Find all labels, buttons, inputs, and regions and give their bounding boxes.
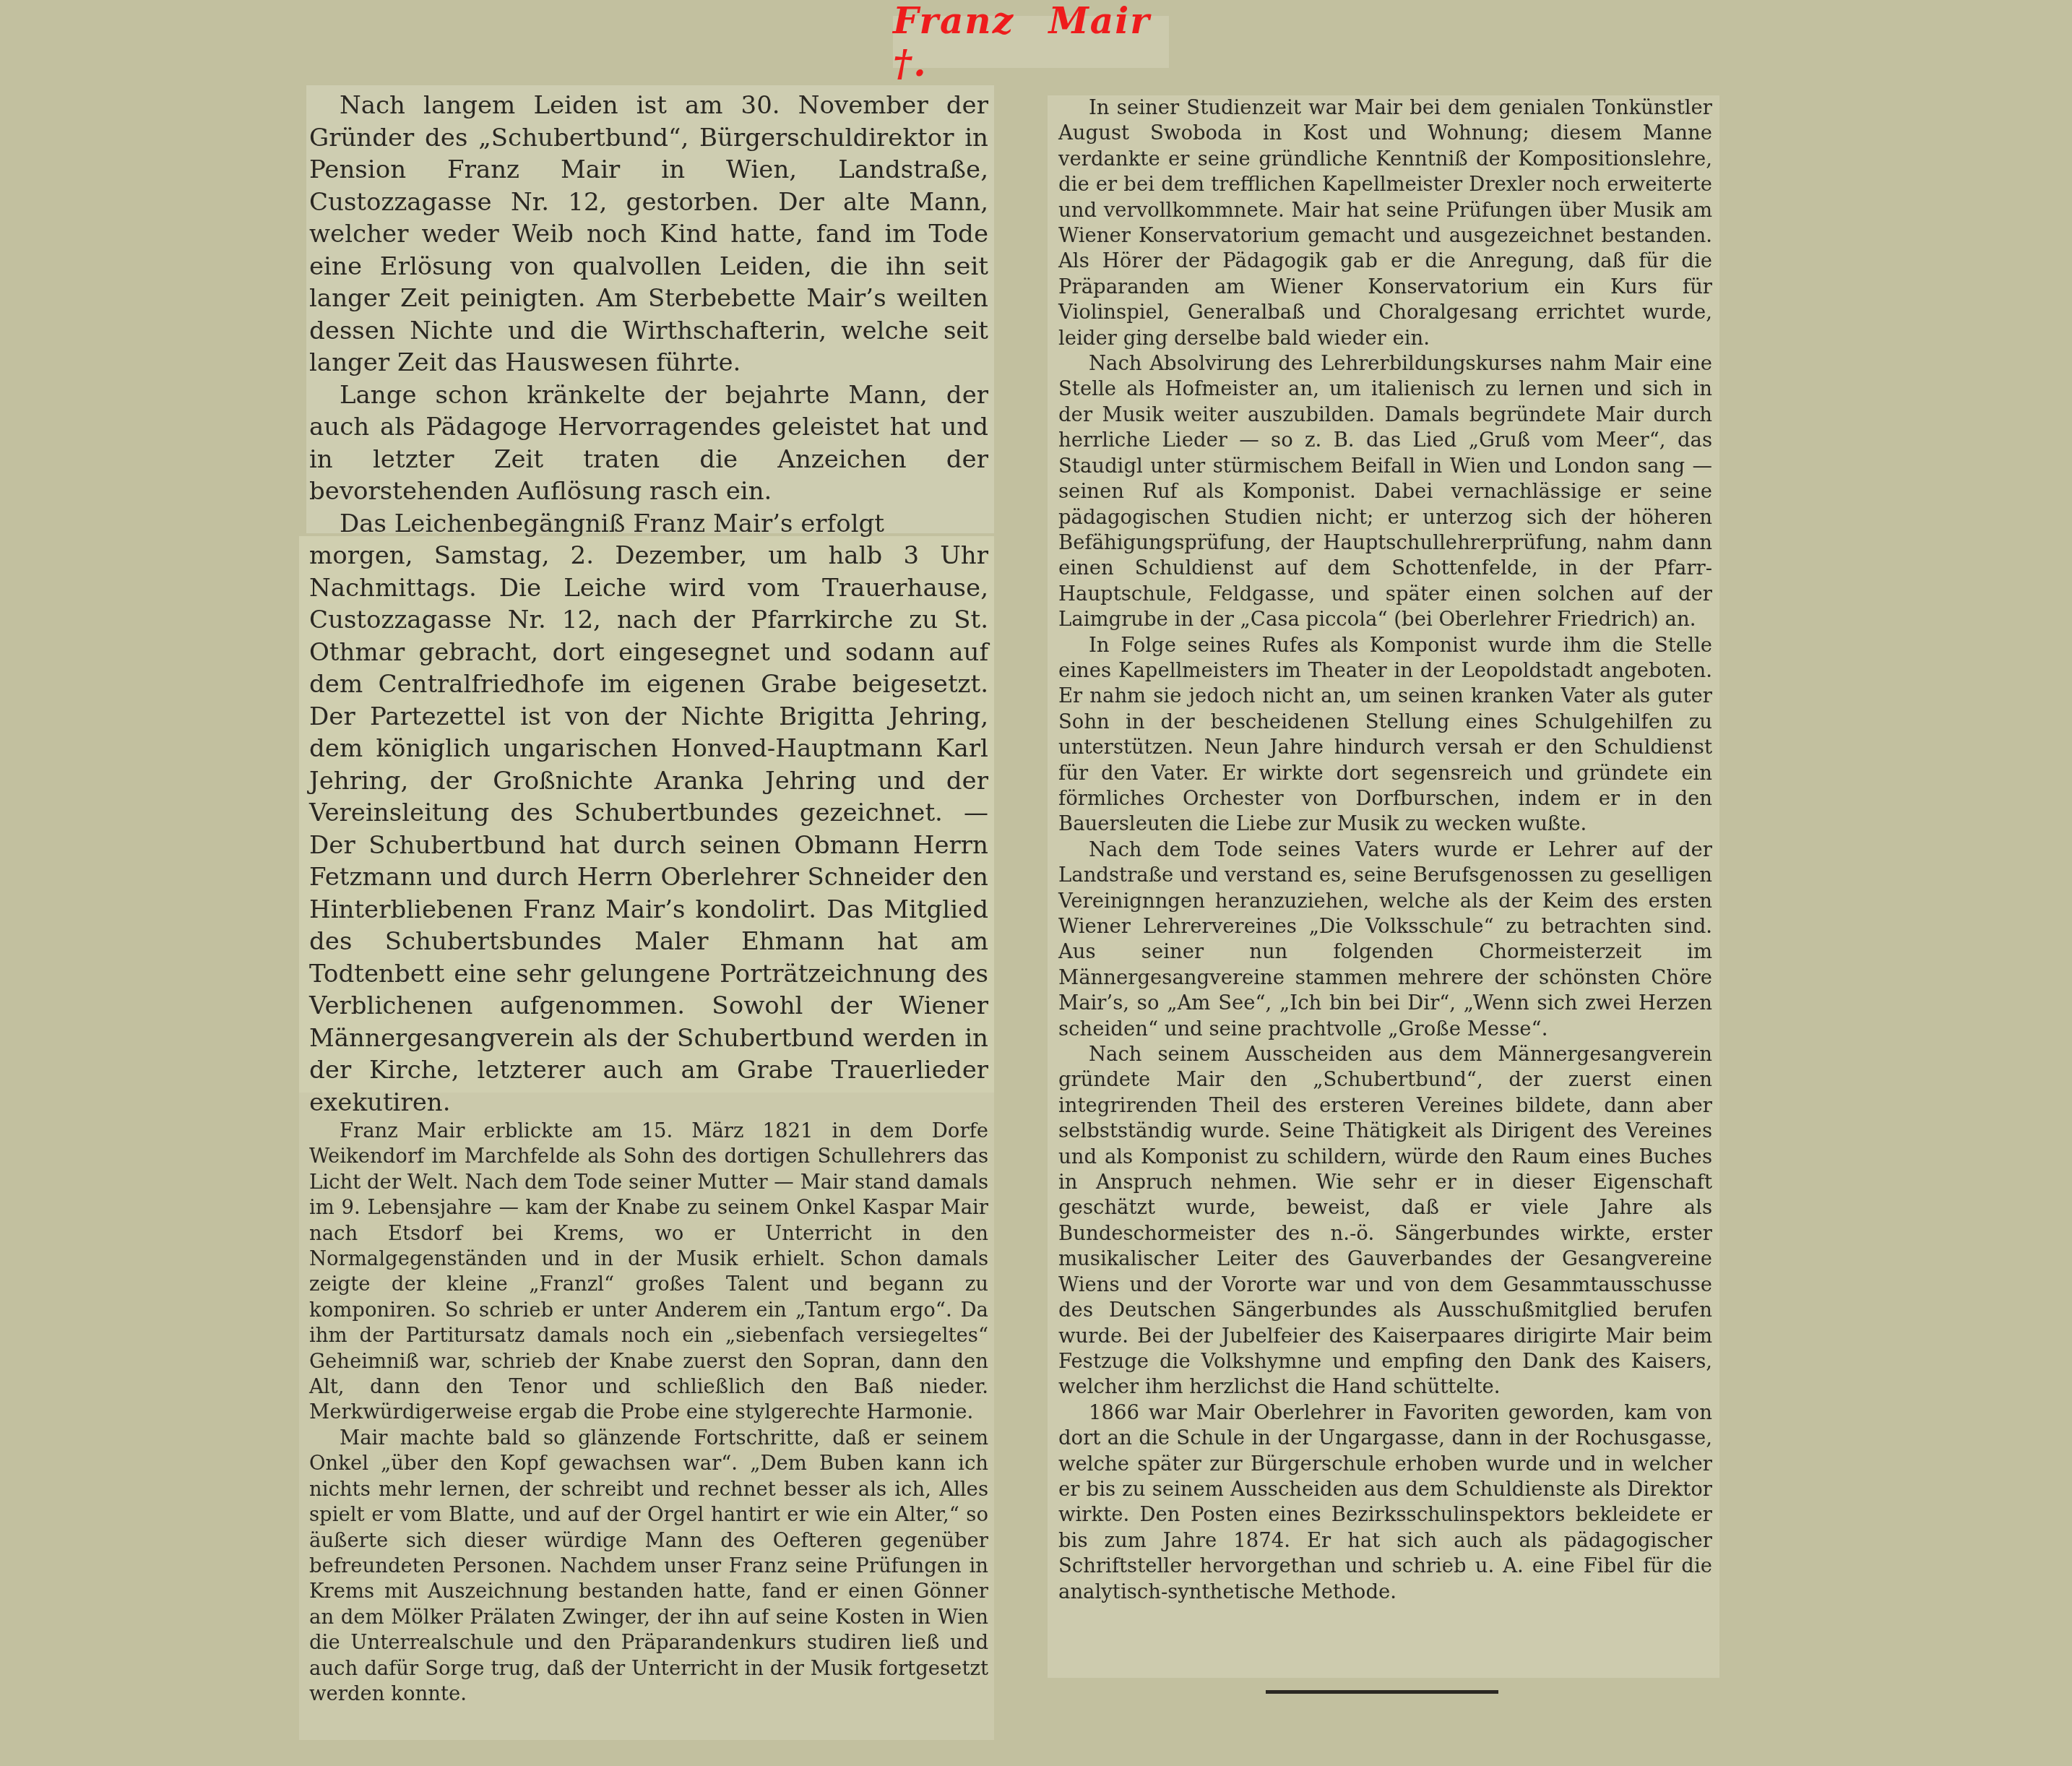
obituary-title: Franz Mair †. (893, 0, 1169, 85)
paragraph-teacher-association: Nach dem Tode seines Vaters wurde er Leh… (1058, 837, 1712, 1042)
paragraph-schubertbund-founding: Nach seinem Ausscheiden aus dem Männerge… (1058, 1042, 1712, 1400)
paragraph-study-years: In seiner Studienzeit war Mair bei dem g… (1058, 95, 1712, 351)
obituary-heading-box: Franz Mair †. (893, 16, 1169, 68)
paragraph-early-progress: Mair machte bald so glänzende Fortschrit… (309, 1426, 988, 1707)
paragraph-hofmeister-career: Nach Absolvirung des Lehrerbildungskurse… (1058, 351, 1712, 632)
paragraph-birth-childhood: Franz Mair erblickte am 15. März 1821 in… (309, 1119, 988, 1426)
paragraph-kapellmeister-offer: In Folge seines Rufes als Komponist wurd… (1058, 633, 1712, 837)
paragraph-illness: Lange schon kränkelte der bejahrte Mann,… (309, 379, 988, 508)
left-column: Nach langem Leiden ist am 30. November d… (309, 90, 988, 1707)
paragraph-death-notice: Nach langem Leiden ist am 30. November d… (309, 90, 988, 379)
paragraph-funeral-intro: Das Leichenbegängniß Franz Mair’s erfolg… (309, 508, 988, 540)
paragraph-funeral-details: morgen, Samstag, 2. Dezember, um halb 3 … (309, 540, 988, 1119)
right-column: In seiner Studienzeit war Mair bei dem g… (1058, 95, 1712, 1605)
end-rule-divider (1266, 1690, 1498, 1694)
paragraph-later-career: 1866 war Mair Oberlehrer in Favoriten ge… (1058, 1400, 1712, 1605)
